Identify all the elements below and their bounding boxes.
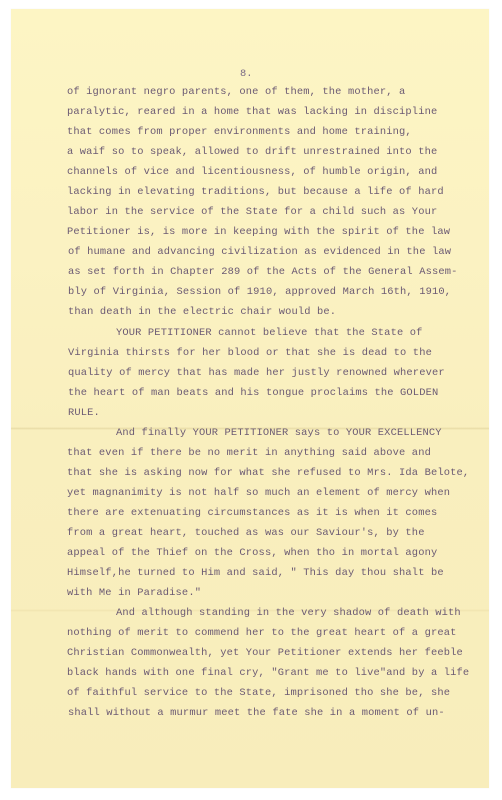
text-line: And although standing in the very shadow…	[116, 607, 461, 619]
text-line: Himself,he turned to Him and said, " Thi…	[67, 567, 444, 579]
text-line: that she is asking now for what she refu…	[67, 467, 469, 479]
text-line: Christian Commonwealth, yet Your Petitio…	[67, 647, 463, 659]
text-line: yet magnanimity is not half so much an e…	[67, 487, 450, 499]
text-line: black hands with one final cry, "Grant m…	[67, 667, 469, 679]
text-line: paralytic, reared in a home that was lac…	[67, 106, 437, 118]
text-line: of ignorant negro parents, one of them, …	[67, 86, 405, 98]
text-line: with Me in Paradise."	[67, 587, 201, 599]
text-line: nothing of merit to commend her to the g…	[67, 627, 457, 639]
text-line: than death in the electric chair would b…	[68, 306, 336, 318]
text-line: channels of vice and licentiousness, of …	[67, 166, 437, 178]
text-line: the heart of man beats and his tongue pr…	[68, 387, 438, 399]
text-line: Virginia thirsts for her blood or that s…	[68, 347, 432, 359]
text-line: a waif so to speak, allowed to drift unr…	[67, 146, 437, 158]
text-line: that even if there be no merit in anythi…	[67, 447, 431, 459]
text-line: bly of Virginia, Session of 1910, approv…	[68, 286, 451, 298]
text-line: appeal of the Thief on the Cross, when t…	[67, 547, 437, 559]
text-line: lacking in elevating traditions, but bec…	[67, 186, 444, 198]
text-line: shall without a murmur meet the fate she…	[68, 707, 445, 719]
text-line: there are extenuating circumstances as i…	[67, 507, 437, 519]
text-line: of faithful service to the State, impris…	[67, 687, 450, 699]
text-line: that comes from proper environments and …	[67, 126, 412, 138]
text-line: as set forth in Chapter 289 of the Acts …	[68, 266, 458, 278]
text-line: labor in the service of the State for a …	[67, 206, 437, 218]
text-line: quality of mercy that has made her justl…	[68, 367, 445, 379]
text-line: RULE.	[68, 407, 100, 419]
text-line: YOUR PETITIONER cannot believe that the …	[116, 327, 423, 339]
page-number: 8.	[240, 68, 252, 80]
text-line: Petitioner is, is more in keeping with t…	[67, 226, 450, 238]
text-line: of humane and advancing civilization as …	[68, 246, 451, 258]
text-line: And finally YOUR PETITIONER says to YOUR…	[116, 427, 442, 439]
text-line: from a great heart, touched as was our S…	[67, 527, 425, 539]
